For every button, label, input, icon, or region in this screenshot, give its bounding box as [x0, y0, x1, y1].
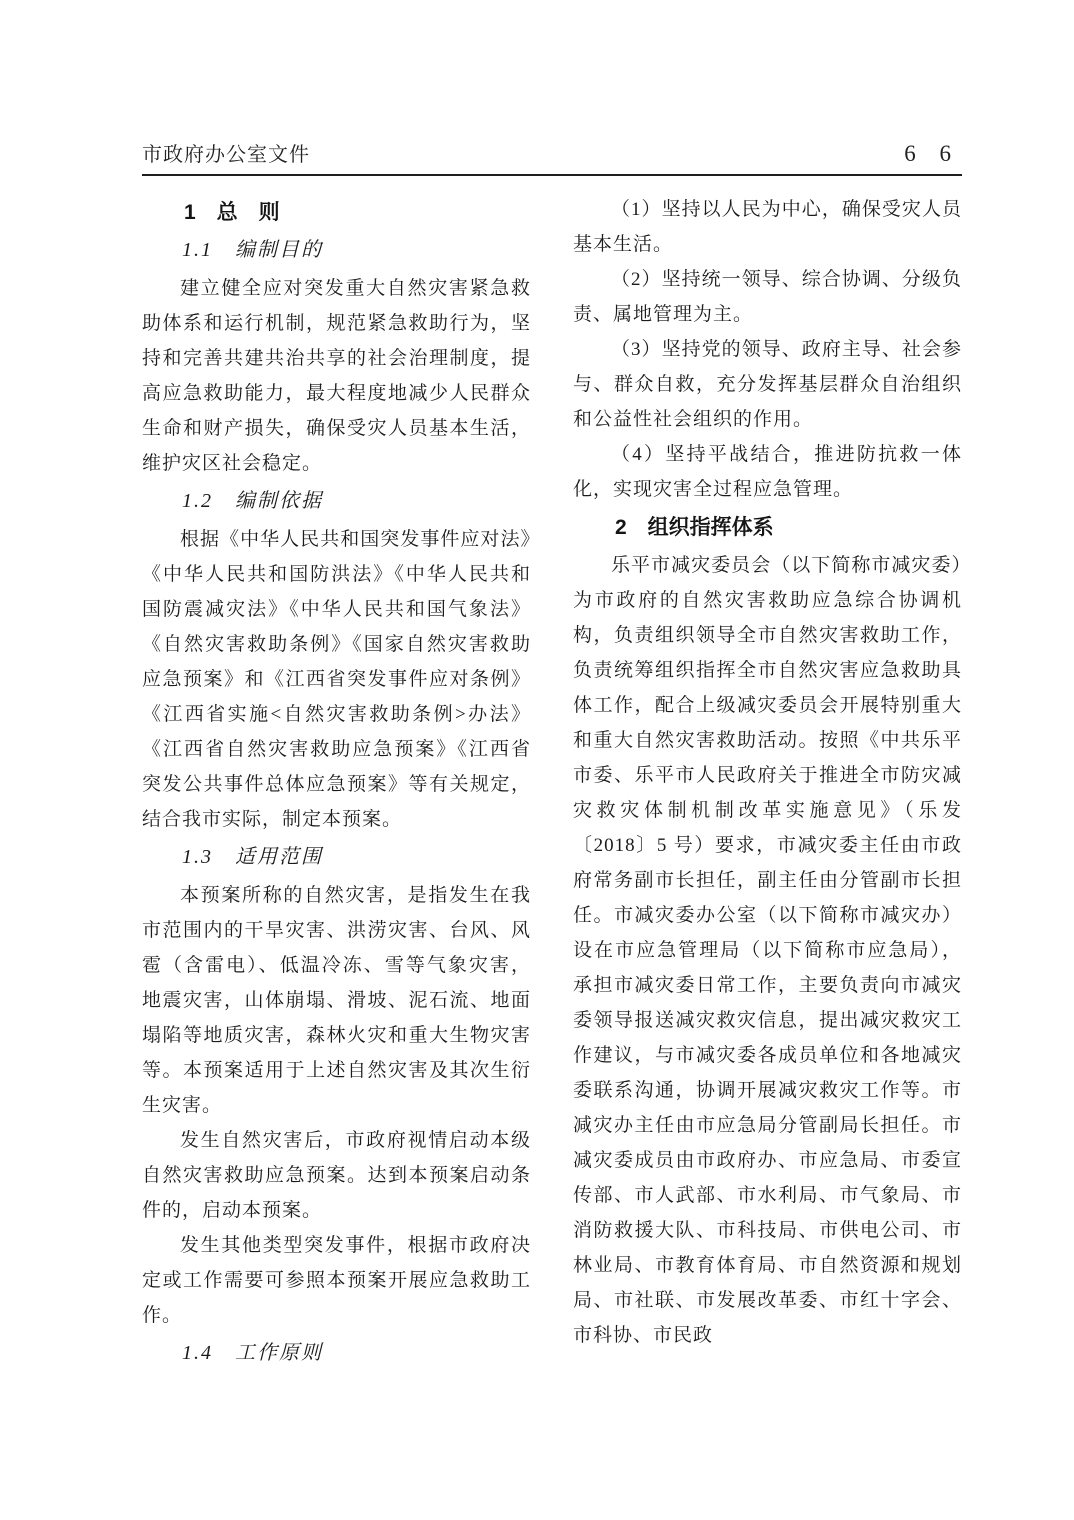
paragraph-principle-2: （2）坚持统一领导、综合协调、分级负责、属地管理为主。: [573, 262, 962, 332]
header-document-type-label: 市政府办公室文件: [142, 138, 310, 167]
left-column: 1 总 则 1.1 编制目的 建立健全应对突发重大自然灾害紧急救助体系和运行机制…: [142, 192, 531, 1374]
paragraph-principle-3: （3）坚持党的领导、政府主导、社会参与、群众自救，充分发挥基层群众自治组织和公益…: [573, 332, 962, 437]
paragraph-principle-4: （4）坚持平战结合，推进防抗救一体化，实现灾害全过程应急管理。: [573, 437, 962, 507]
section-heading-general-rules: 1 总 则: [142, 195, 531, 230]
subsection-heading-compilation-purpose: 1.1 编制目的: [142, 233, 531, 268]
subsection-heading-work-principles: 1.4 工作原则: [142, 1336, 531, 1371]
subsection-heading-scope: 1.3 适用范围: [142, 840, 531, 875]
paragraph-scope-definition: 本预案所称的自然灾害，是指发生在我市范围内的干旱灾害、洪涝灾害、台风、风雹（含雷…: [142, 878, 531, 1123]
right-column: （1）坚持以人民为中心，确保受灾人员基本生活。 （2）坚持统一领导、综合协调、分…: [573, 192, 962, 1374]
paragraph-other-emergencies: 发生其他类型突发事件，根据市政府决定或工作需要可参照本预案开展应急救助工作。: [142, 1228, 531, 1333]
subsection-heading-compilation-basis: 1.2 编制依据: [142, 484, 531, 519]
section-heading-command-system: 2 组织指挥体系: [573, 510, 962, 545]
page-header: 市政府办公室文件 6 6: [142, 138, 962, 176]
document-page: 市政府办公室文件 6 6 1 总 则 1.1 编制目的 建立健全应对突发重大自然…: [0, 0, 1074, 1520]
page-number: 6 6: [904, 141, 962, 167]
paragraph-compilation-basis: 根据《中华人民共和国突发事件应对法》《中华人民共和国防洪法》《中华人民共和国防震…: [142, 522, 531, 837]
paragraph-plan-activation: 发生自然灾害后，市政府视情启动本级自然灾害救助应急预案。达到本预案启动条件的，启…: [142, 1123, 531, 1228]
paragraph-compilation-purpose: 建立健全应对突发重大自然灾害紧急救助体系和运行机制，规范紧急救助行为，坚持和完善…: [142, 271, 531, 481]
paragraph-command-system: 乐平市减灾委员会（以下简称市减灾委）为市政府的自然灾害救助应急综合协调机构，负责…: [573, 548, 962, 1353]
two-column-body: 1 总 则 1.1 编制目的 建立健全应对突发重大自然灾害紧急救助体系和运行机制…: [142, 192, 962, 1374]
paragraph-principle-1: （1）坚持以人民为中心，确保受灾人员基本生活。: [573, 192, 962, 262]
